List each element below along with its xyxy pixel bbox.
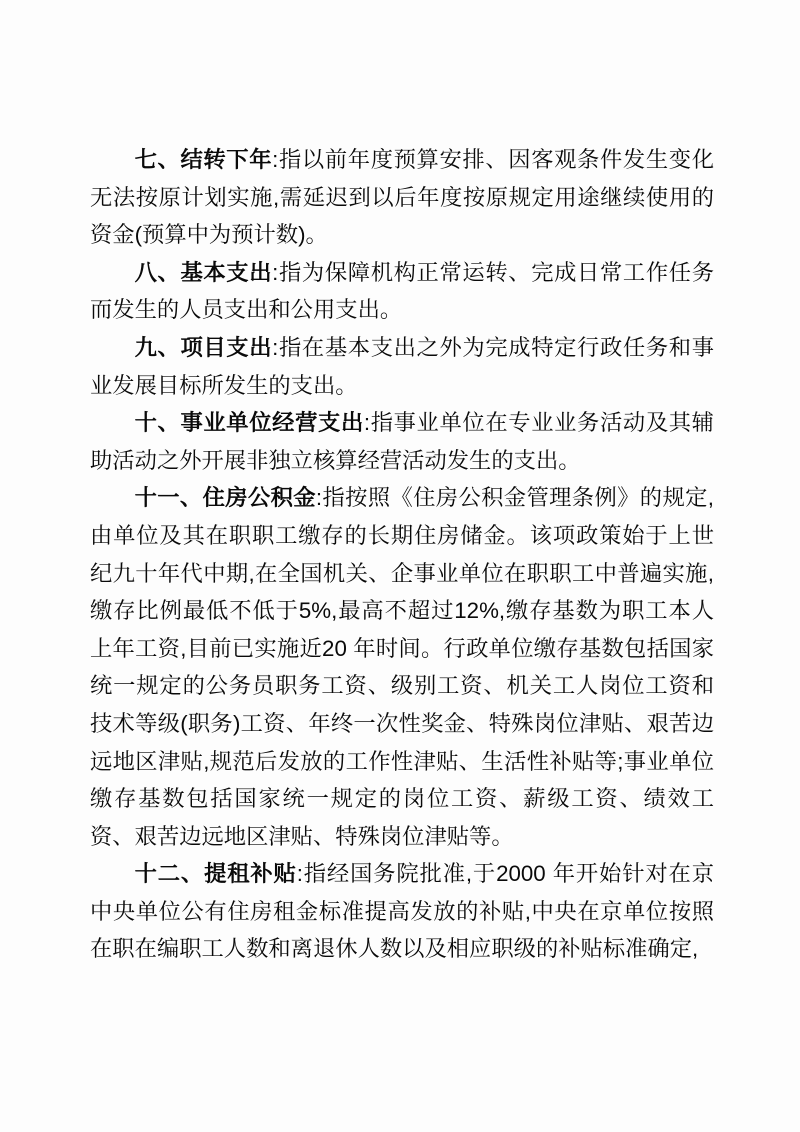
paragraph-project-expenditure: 九、项目支出:指在基本支出之外为完成特定行政任务和事业发展目标所发生的支出。 xyxy=(90,329,714,404)
term-label: 十一、住房公积金 xyxy=(135,485,316,510)
paragraph-text: :指按照《住房公积金管理条例》的规定,由单位及其在职职工缴存的长期住房储金。该项… xyxy=(90,485,714,848)
document-content: 七、结转下年:指以前年度预算安排、因客观条件发生变化无法按原计划实施,需延迟到以… xyxy=(90,141,714,968)
paragraph-housing-fund: 十一、住房公积金:指按照《住房公积金管理条例》的规定,由单位及其在职职工缴存的长… xyxy=(90,479,714,855)
paragraph-basic-expenditure: 八、基本支出:指为保障机构正常运转、完成日常工作任务而发生的人员支出和公用支出。 xyxy=(90,254,714,329)
paragraph-operating-expenditure: 十、事业单位经营支出:指事业单位在专业业务活动及其辅助活动之外开展非独立核算经营… xyxy=(90,404,714,479)
term-label: 七、结转下年 xyxy=(135,147,273,172)
term-label: 八、基本支出 xyxy=(135,260,273,285)
term-label: 十、事业单位经营支出 xyxy=(135,410,364,435)
paragraph-rent-subsidy: 十二、提租补贴:指经国务院批准,于2000 年开始针对在京中央单位公有住房租金标… xyxy=(90,855,714,968)
document-page: 七、结转下年:指以前年度预算安排、因客观条件发生变化无法按原计划实施,需延迟到以… xyxy=(0,0,800,1132)
term-label: 十二、提租补贴 xyxy=(135,861,297,886)
paragraph-carryover-funds: 七、结转下年:指以前年度预算安排、因客观条件发生变化无法按原计划实施,需延迟到以… xyxy=(90,141,714,254)
term-label: 九、项目支出 xyxy=(135,335,273,360)
